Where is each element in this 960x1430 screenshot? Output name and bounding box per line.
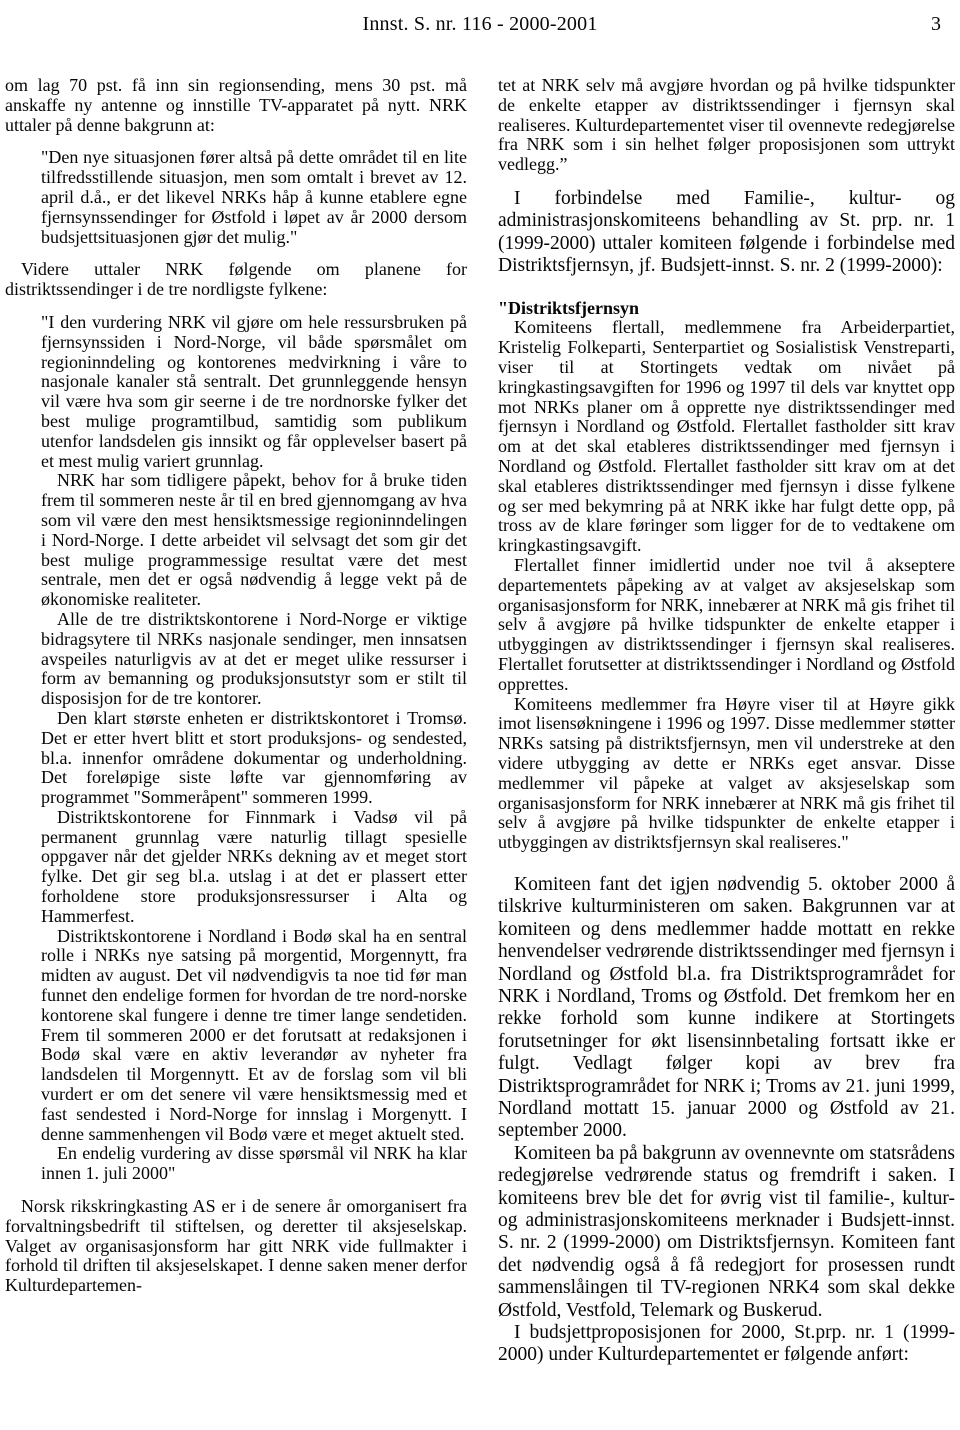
quote-paragraph: Alle de tre distriktskontorene i Nord-No… (41, 610, 467, 709)
paragraph-komiteen-fant: Komiteen fant det igjen nødvendig 5. okt… (498, 874, 955, 1143)
paragraph-komiteen-ba: Komiteen ba på bakgrunn av ovennevnte om… (498, 1143, 955, 1322)
right-column: tet at NRK selv må avgjøre hvordan og på… (498, 76, 955, 1367)
quote-paragraph: Den klart største enheten er distriktsko… (41, 709, 467, 808)
paragraph-videre: Videre uttaler NRK følgende om planene f… (5, 260, 467, 300)
paragraph-budsjettproposisjonen: I budsjettproposisjonen for 2000, St.prp… (498, 1322, 955, 1367)
quote-paragraph: Komiteens medlemmer fra Høyre viser til … (498, 695, 955, 853)
quote-paragraph: Distriktskontorene i Nordland i Bodø ska… (41, 927, 467, 1145)
document-title: Innst. S. nr. 116 - 2000-2001 (0, 13, 960, 36)
quote-paragraph: NRK har som tidligere påpekt, behov for … (41, 471, 467, 610)
quote-paragraph: "I den vurdering NRK vil gjøre om hele r… (41, 313, 467, 471)
document-page: Innst. S. nr. 116 - 2000-2001 3 om lag 7… (0, 0, 960, 1430)
quote-paragraph: Komiteens flertall, medlemmene fra Arbei… (498, 318, 955, 556)
quote-paragraph: En endelig vurdering av disse spørsmål v… (41, 1144, 467, 1184)
paragraph-letter-continuation: om lag 70 pst. få inn sin regionsending,… (5, 76, 467, 135)
page-number: 3 (931, 13, 941, 36)
quote-paragraph: Flertallet finner imidlertid under noe t… (498, 556, 955, 695)
quote-paragraph: Distriktskontorene for Finnmark i Vadsø … (41, 808, 467, 927)
nrk-quote-2: "I den vurdering NRK vil gjøre om hele r… (41, 313, 467, 1184)
quote-heading-distriktsfjernsyn: "Distriktsfjernsyn (498, 299, 955, 319)
committee-quote-block: "Distriktsfjernsyn Komiteens flertall, m… (498, 299, 955, 853)
paragraph-committee-intro: I forbindelse med Familie-, kultur- og a… (498, 188, 955, 278)
paragraph-letter-end: tet at NRK selv må avgjøre hvordan og på… (498, 76, 955, 175)
quote-paragraph: "Den nye situasjonen fører altså på dett… (41, 148, 467, 247)
paragraph-norsk-rikskringkasting: Norsk rikskringkasting AS er i de senere… (5, 1197, 467, 1296)
left-column: om lag 70 pst. få inn sin regionsending,… (5, 76, 467, 1296)
nrk-quote-1: "Den nye situasjonen fører altså på dett… (41, 148, 467, 247)
